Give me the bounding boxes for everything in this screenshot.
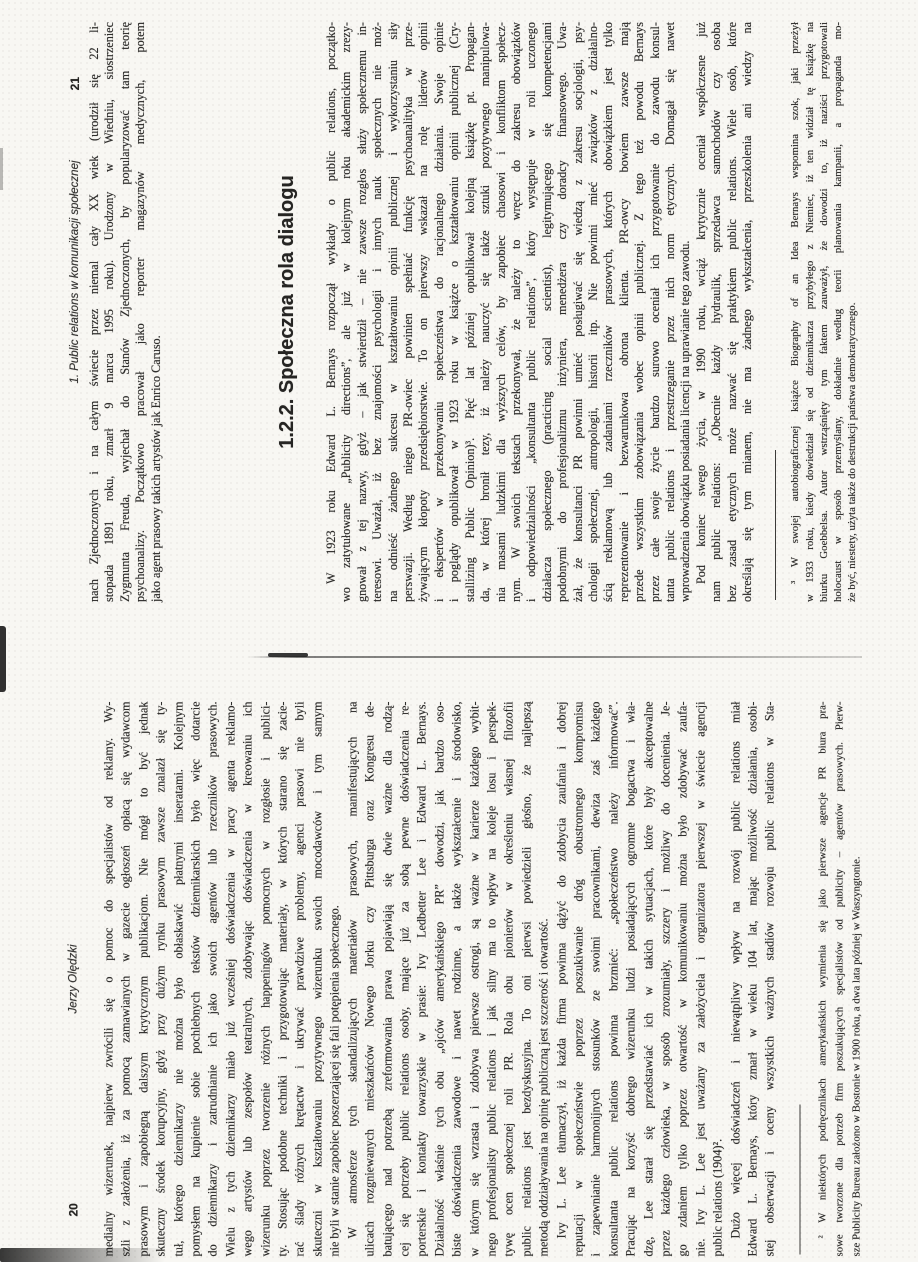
text-line: tywę ocen społecznej roli PR. Rola obu p… [501,702,518,1257]
text-line: medialny wizerunek, najpierw zwrócili si… [101,702,118,1257]
scan-mark-left-edge [0,148,3,190]
text-line: Wielu z tych dziennikarzy miało już wcze… [222,702,239,1257]
text-line: nego profesjonalisty public relations i … [483,702,500,1257]
text-line: stallizing Public Opinion)³. Pięć lat pó… [463,22,478,602]
text-line: Działalność właśnie tych obu „ojców amer… [431,702,448,1257]
text-line: stej obserwacji i oceny wszystkich ważny… [762,702,779,1257]
text-line: ulicach rozgniewanych mieszkańców Nowego… [362,702,379,1257]
text-line: ty. Stosując podobne techniki i przygoto… [275,702,292,1257]
text-line: reprezentowanie i bezwarunkowa obrona kl… [617,22,632,602]
text-line: public relations (1904)². [710,702,727,1257]
text-line: przede wszystkim zobowiązania wobec opin… [632,22,647,602]
text-line: i poglądy opublikował w 1923 roku w ksią… [447,22,462,602]
text-line: Zygmunta Freuda, wyjechał do Stanów Zjed… [118,22,133,602]
footnote-rule [775,450,776,600]
text-line: nach Zjednoczonych i na całym świecie pr… [87,22,102,602]
text-line: nia masami ludzkimi dla wyższych celów, … [494,22,509,602]
footnote: ² W niektórych podręcznikach amerykański… [814,702,865,1257]
text-line: wego artystów lub zespołów teatralnych, … [240,702,257,1257]
text-line: nie byli w stanie zapobiec poszerzającej… [327,702,344,1257]
text-line: gnował z tej nazwy, gdyż – jak stwierdzi… [355,22,370,602]
footnote: ³ W swojej autobiograficznej książce Bio… [788,22,859,602]
page-21-body: nach Zjednoczonych i na całym świecie pr… [60,22,859,602]
page-20: Jerzy Olędzki 20 medialny wizerunek, naj… [59,702,889,1257]
text-line: że być, niestety, użyta także do destruk… [845,22,859,602]
text-line: szli z założenia, iż za pomocą zamawiany… [118,702,135,1257]
text-line: W atmosferze tych skandalizujących mater… [344,702,361,1257]
text-line: żał, że konsultanci PR powinni umieć pos… [571,22,586,602]
text-line: sze Publicity Bureau założono w Bostonie… [848,702,865,1257]
text-line: i ekspertów w przekonywaniu społeczeństw… [432,22,447,602]
text-line: psychoanalizy. Początkowo pracował jako … [133,22,148,602]
text-line: nie. Ivy L. Lee jest uważany za założyci… [692,702,709,1257]
text-line: konsultanta public relations powinna brz… [605,702,622,1257]
text-line: wo zatytułowane „Publicity directions”, … [339,22,354,602]
text-line: nam public relations: „Obecnie każdy hyd… [709,22,724,602]
text-line: i odpowiedzialności „konsultanta public … [524,22,539,602]
text-line: wprowadzenia obowiązku posiadania licenc… [678,22,693,602]
text-line: ³ W swojej autobiograficznej książce Bio… [788,22,802,602]
page-20-body: medialny wizerunek, najpierw zwrócili si… [59,702,866,1257]
text-line: chologii społecznej, antropologii, histo… [586,22,601,602]
text-line: Ivy L. Lee tłumaczył, iż każda firma pow… [553,702,570,1257]
text-line: reputacji w społeczeństwie poprzez poszu… [570,702,587,1257]
text-line: dzę, Lee starał się przedstawiać ich w t… [640,702,657,1257]
scan-page-edge-line [247,656,862,658]
text-line: przez każdego człowieka, w sposób zrozum… [658,702,675,1257]
text-line: perswazji. Według niego PR-owiec powinie… [401,22,416,602]
text-line: public relations jest bezdyskusyjna. To … [518,702,535,1257]
paragraph: nach Zjednoczonych i na całym świecie pr… [87,22,164,602]
text-line: wizerunku poprzez tworzenie różnych happ… [257,702,274,1257]
paragraph: medialny wizerunek, najpierw zwrócili si… [101,702,345,1257]
text-line: żywającym kłopoty przedsiębiorstwie. To … [416,22,431,602]
text-line: porterskie i kontakty towarzyskie w pras… [414,702,431,1257]
text-line: stopada 1891 roku, zmarł 9 marca 1995 ro… [102,22,117,602]
text-line: prasowym i zapobiegną dalszym krytycznym… [135,702,152,1257]
text-line: holocaust w sposób przemyślany, dokładni… [831,22,845,602]
text-line: Dużo więcej doświadczeń i niewątpliwy wp… [727,702,744,1257]
page-21: 1. Public relations w komunikacji społec… [60,22,870,602]
text-line: rać ślady różnych krętactw i ukrywać pra… [292,702,309,1257]
paragraph: Pod koniec swego życia, w 1990 roku, wci… [694,22,756,602]
text-line: ² W niektórych podręcznikach amerykański… [814,702,831,1257]
text-line: batującego nad potrzebą zreformowania pr… [379,702,396,1257]
text-line: skuteczni w kształtowaniu pozytywnego wi… [309,702,326,1257]
text-line: w 1933 roku, kiedy dowiedział się od dzi… [803,22,817,602]
text-line: nym. W swoich tekstach przekonywał, że n… [509,22,524,602]
paragraph: W atmosferze tych skandalizujących mater… [344,702,553,1257]
text-line: jako agent prasowy takich artystów jak E… [149,22,164,602]
text-line: ścią reklamową lub zadaniami rzeczników … [601,22,616,602]
text-line: Pracując na korzyść dobrego wizerunku lu… [623,702,640,1257]
text-line: przez całe swoje życie bardzo surowo oce… [648,22,663,602]
text-line: podobnymi do profesjonalizmu inżyniera, … [555,22,570,602]
scan-smudge-gutter [268,653,308,657]
paragraph: Ivy L. Lee tłumaczył, iż każda firma pow… [553,702,727,1257]
paragraph: Dużo więcej doświadczeń i niewątpliwy wp… [727,702,779,1257]
text-line: do dziennikarzy i zatrudnianie ich jako … [205,702,222,1257]
text-line: tanta public relations i przestrzeganie … [663,22,678,602]
text-line: działacza społecznego (practicing social… [540,22,555,602]
text-line: Pod koniec swego życia, w 1990 roku, wci… [694,22,709,602]
text-line: da, w której bronił tezy, iż należy nauc… [478,22,493,602]
footnote-rule [799,1105,800,1255]
text-line: tuł, którego dziennikarzy nie można było… [170,702,187,1257]
text-line: określają się tym mianem, nie ma żadnego… [740,22,755,602]
text-line: W 1923 roku Edward L. Bernays rozpoczął … [324,22,339,602]
scanned-book-spread: 1. Public relations w komunikacji społec… [0,0,918,1262]
text-line: na odnieść żadnego sukcesu w kształtowan… [386,22,401,602]
text-line: w którym się wzrasta i zdobywa pierwsze … [466,702,483,1257]
paragraph: W 1923 roku Edward L. Bernays rozpoczął … [324,22,694,602]
section-heading: 1.2.2. Społeczna rola dialogu [274,22,300,602]
text-line: skuteczny środek korupcyjny, gdyż przy d… [153,702,170,1257]
text-line: Edward L. Bernays, który zmarł w wieku 1… [745,702,762,1257]
text-line: sowe tworzone dla potrzeb firm poszukują… [831,702,848,1257]
text-line: biurku Goebbelsa. Autor wstrząśnięty tym… [817,22,831,602]
text-line: metodą oddziaływania na opinię publiczną… [536,702,553,1257]
text-line: teresowi. Uważał, iż bez znajomości psyc… [370,22,385,602]
text-line: pomysłem na kupienie sobie pochlebnych t… [188,702,205,1257]
text-line: bez zasad etycznych może nazwać się prak… [725,22,740,602]
text-line: biste doświadczenia zawodowe i nawet rod… [449,702,466,1257]
text-line: i zapewnianie harmonijnych stosunków ze … [588,702,605,1257]
text-line: go zdaniem tylko poprzez otwartość w kom… [675,702,692,1257]
text-line: cej się potrzeby public relations osoby,… [396,702,413,1257]
scan-smudge-left-edge [0,626,6,692]
